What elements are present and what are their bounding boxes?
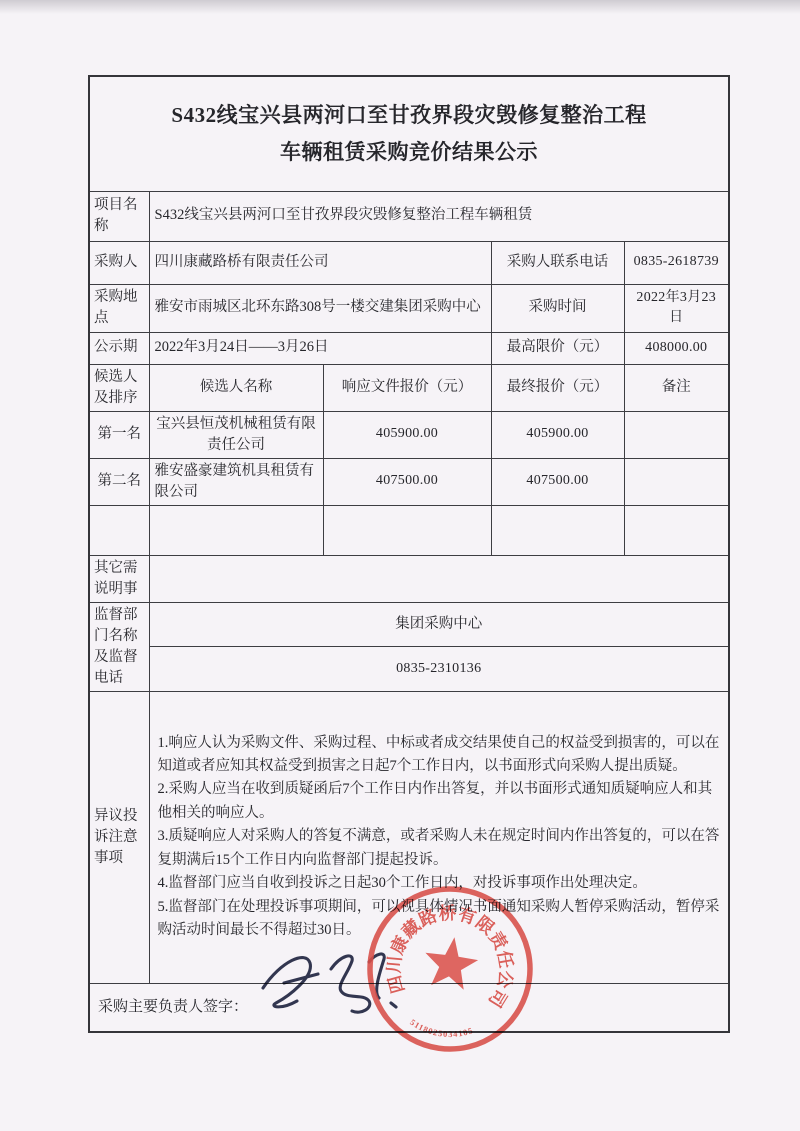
signature-row: 采购主要负责人签字： <box>89 983 729 1032</box>
supervision-phone: 0835-2310136 <box>149 647 729 692</box>
candidate-row-1: 第一名 宝兴县恒茂机械租赁有限责任公司 405900.00 405900.00 <box>89 411 729 458</box>
purchaser-phone-value: 0835-2618739 <box>624 241 729 284</box>
project-name-label: 项目名称 <box>89 191 149 241</box>
rank-header: 候选人及排序 <box>89 364 149 411</box>
candidate-doc-price: 405900.00 <box>323 411 491 458</box>
final-price-header: 最终报价（元） <box>491 364 624 411</box>
candidate-row-2: 第二名 雅安盛豪建筑机具租赁有限公司 407500.00 407500.00 <box>89 458 729 505</box>
empty-cell <box>624 505 729 555</box>
candidate-remark <box>624 411 729 458</box>
title-line-2: 车辆租赁采购竞价结果公示 <box>95 134 723 171</box>
doc-price-header: 响应文件报价（元） <box>323 364 491 411</box>
scan-shadow <box>0 0 800 14</box>
max-price-label: 最高限价（元） <box>491 332 624 364</box>
candidate-row-empty <box>89 505 729 555</box>
signature-label: 采购主要负责人签字： <box>98 999 248 1015</box>
objection-note-4: 4.监督部门应当自收到投诉之日起30个工作日内，对投诉事项作出处理决定。 <box>158 872 721 895</box>
purchaser-value: 四川康藏路桥有限责任公司 <box>149 241 491 284</box>
supervision-department: 集团采购中心 <box>149 602 729 647</box>
purchaser-phone-label: 采购人联系电话 <box>491 241 624 284</box>
empty-cell <box>89 505 149 555</box>
location-label: 采购地点 <box>89 284 149 332</box>
other-notes-value <box>149 555 729 602</box>
purchase-time-value: 2022年3月23日 <box>624 284 729 332</box>
purchase-time-label: 采购时间 <box>491 284 624 332</box>
location-value: 雅安市雨城区北环东路308号一楼交建集团采购中心 <box>149 284 491 332</box>
publicity-period-label: 公示期 <box>89 332 149 364</box>
document-title: S432线宝兴县两河口至甘孜界段灾毁修复整治工程 车辆租赁采购竞价结果公示 <box>89 76 729 191</box>
purchaser-label: 采购人 <box>89 241 149 284</box>
empty-cell <box>149 505 323 555</box>
candidate-doc-price: 407500.00 <box>323 458 491 505</box>
objection-note-5: 5.监督部门在处理投诉事项期间，可以视具体情况书面通知采购人暂停采购活动，暂停采… <box>158 896 721 943</box>
candidate-remark <box>624 458 729 505</box>
title-line-1: S432线宝兴县两河口至甘孜界段灾毁修复整治工程 <box>95 97 723 134</box>
announcement-table: S432线宝兴县两河口至甘孜界段灾毁修复整治工程 车辆租赁采购竞价结果公示 项目… <box>88 75 730 1033</box>
project-name-value: S432线宝兴县两河口至甘孜界段灾毁修复整治工程车辆租赁 <box>149 191 729 241</box>
candidate-final-price: 405900.00 <box>491 411 624 458</box>
candidate-rank: 第一名 <box>89 411 149 458</box>
other-notes-label: 其它需说明事 <box>89 555 149 602</box>
remark-header: 备注 <box>624 364 729 411</box>
objection-label: 异议投诉注意事项 <box>89 691 149 983</box>
candidate-name-header: 候选人名称 <box>149 364 323 411</box>
objection-note-2: 2.采购人应当在收到质疑函后7个工作日内作出答复，并以书面形式通知质疑响应人和其… <box>158 778 721 825</box>
candidate-final-price: 407500.00 <box>491 458 624 505</box>
objection-note-1: 1.响应人认为采购文件、采购过程、中标或者成交结果使自己的权益受到损害的，可以在… <box>158 732 721 779</box>
objection-note-3: 3.质疑响应人对采购人的答复不满意，或者采购人未在规定时间内作出答复的，可以在答… <box>158 825 721 872</box>
candidate-name: 雅安盛豪建筑机具租赁有限公司 <box>149 458 323 505</box>
empty-cell <box>323 505 491 555</box>
candidate-name: 宝兴县恒茂机械租赁有限责任公司 <box>149 411 323 458</box>
max-price-value: 408000.00 <box>624 332 729 364</box>
objection-notes: 1.响应人认为采购文件、采购过程、中标或者成交结果使自己的权益受到损害的，可以在… <box>149 691 729 983</box>
candidate-rank: 第二名 <box>89 458 149 505</box>
publicity-period-value: 2022年3月24日——3月26日 <box>149 332 491 364</box>
empty-cell <box>491 505 624 555</box>
supervision-label: 监督部门名称及监督电话 <box>89 602 149 691</box>
